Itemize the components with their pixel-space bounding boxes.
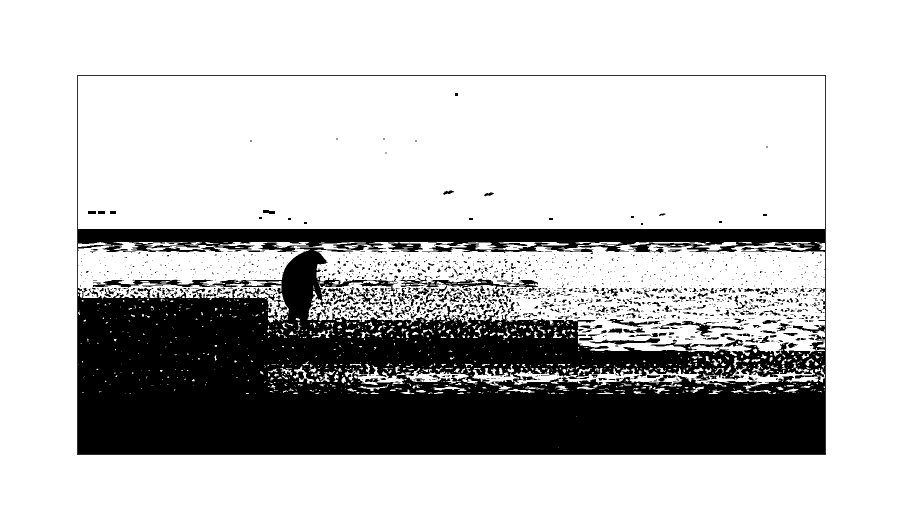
- sky-speck: [269, 211, 275, 214]
- band-horizon-upper-fuzz: [78, 223, 825, 229]
- sky-speck: [641, 223, 643, 225]
- sky-speck: [110, 211, 116, 214]
- photo-page: [0, 0, 900, 530]
- sky-speck: [288, 218, 291, 220]
- birds-layer: [443, 191, 666, 216]
- sky-speck: [455, 93, 458, 96]
- sky-speck: [336, 138, 338, 140]
- band-horizon-treeline: [78, 229, 825, 242]
- sky-speck: [263, 210, 269, 213]
- band-pond-streaks: [578, 319, 825, 351]
- photo-scene: [78, 76, 825, 454]
- band-foreground-specks: [98, 406, 798, 450]
- sky-speck: [385, 152, 387, 154]
- sky-speck: [469, 218, 473, 220]
- sky-speck: [259, 217, 262, 219]
- sky-speck: [383, 138, 385, 140]
- terrain-bands-layer: [78, 223, 825, 454]
- sky-speck: [415, 140, 417, 142]
- photo-frame: [77, 75, 826, 455]
- sky-speck: [763, 214, 767, 216]
- sky-speck: [250, 140, 252, 142]
- sky-speck: [291, 248, 295, 250]
- flying-bird-silhouette: [443, 191, 454, 195]
- sky-speck: [88, 211, 96, 214]
- band-horizon-lower-fuzz: [78, 242, 825, 252]
- sky-speck: [766, 146, 768, 148]
- sky-speck: [719, 221, 722, 223]
- flying-bird-silhouette: [659, 213, 666, 216]
- sky-speck: [549, 218, 553, 220]
- band-right-water-clear: [508, 292, 825, 320]
- sky-speck: [304, 222, 307, 224]
- sky-speck: [98, 211, 105, 214]
- flying-bird-silhouette: [484, 192, 494, 196]
- sky-speck: [631, 216, 634, 218]
